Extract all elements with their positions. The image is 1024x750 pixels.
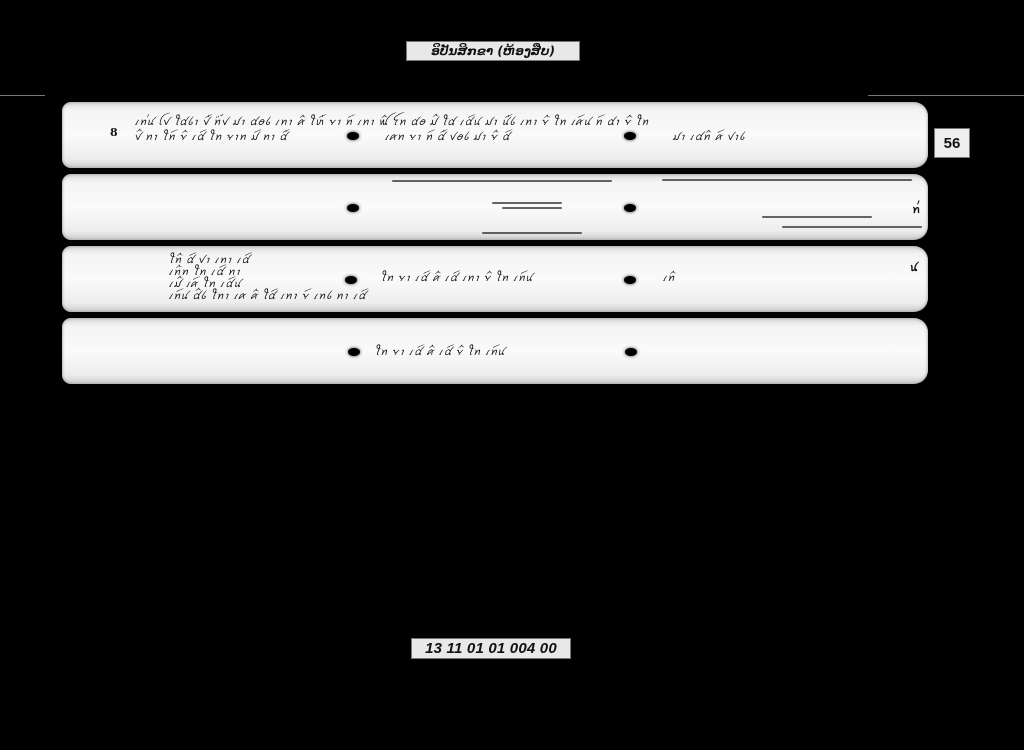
film-edge-line-right — [868, 95, 1024, 96]
manuscript-text-line: ꪹꪀꪷꪙ ꪠꪲꪉ ꪻꪀꪱ ꪹꪁ ꪁꪲ ꪻꪠꪷ ꪹꪀꪱ ꪩꪷ ꪹꪀꪉ ꪀꪱ ꪹꪠꪷ — [168, 286, 568, 307]
manuscript-text-line: ꪣꪱ ꪹꪠꪀꪲ ꪁꪷ ꪚꪱꪉ — [672, 127, 745, 148]
manuscript-text-line: ꪚꪲ ꪀꪱ ꪻꪀꪷ ꪩꪲ ꪹꪠꪷ ꪻꪀ ꪩꪱꪀ ꪣꪷ ꪀꪱ ꪠꪸ — [134, 127, 287, 148]
palm-leaf-1: 8 ꪹꪀ꪿ꪙ ꪶꪚ ꪻꪠꪉꪱ ꪚꪸ ꪀꪾꪚ ꪣꪱ ꪠꪮꪉ ꪹꪀꪱ ꪁꪲ ꪻꪬꪸ … — [62, 102, 928, 168]
string-hole-right — [624, 276, 636, 284]
scan-streak — [492, 202, 562, 204]
scan-streak — [502, 207, 562, 209]
microfilm-reference-code: 13 11 01 01 004 00 — [411, 638, 571, 659]
film-edge-line-left — [0, 95, 45, 96]
string-hole-left — [347, 204, 359, 212]
palm-leaf-3: ꪻꪀꪲ ꪠꪷ ꪚꪱ ꪹꪀꪱ ꪹꪠꪷ ꪹꪀꪲꪀ ꪻꪀ ꪹꪠꪷ ꪀꪱ ꪹꪣꪲ ꪹꪁꪷ… — [62, 246, 928, 312]
string-hole-right — [624, 132, 636, 140]
leaf-number-marker: ꪀ꪿ — [912, 198, 920, 222]
manuscript-text-line: ꪻꪀ ꪩꪱ ꪹꪠꪷ ꪁꪲ ꪹꪠꪷ ꪩꪲ ꪻꪀ ꪹꪀꪷꪙ — [374, 342, 505, 363]
scan-streak — [762, 216, 872, 218]
page-number-badge: 56 — [934, 128, 970, 158]
collection-title-label: ອິປັນສິກຂາ (ຫ້ອງສືບ) — [406, 41, 580, 61]
string-hole-left — [347, 132, 359, 140]
string-hole-left — [345, 276, 357, 284]
string-hole-right — [624, 204, 636, 212]
scan-streak — [662, 179, 912, 181]
leaf-number-marker: ꪙ — [910, 256, 918, 280]
scan-streak — [482, 232, 582, 234]
string-hole-right — [625, 348, 637, 356]
scan-streak — [392, 180, 612, 182]
manuscript-text-line: ꪹꪁꪀ ꪩꪱ ꪀꪷ ꪠꪸ ꪚꪮꪉ ꪣꪱ ꪩꪲ ꪠꪷ — [384, 127, 510, 148]
manuscript-text-line: ꪻꪀ ꪩꪱ ꪹꪠꪷ ꪁꪲ ꪹꪠꪷ ꪹꪀꪱ ꪩꪲ ꪻꪀ ꪹꪀꪷꪙ — [380, 268, 533, 289]
string-hole-left — [348, 348, 360, 356]
leaf-number-marker: 8 — [110, 126, 118, 139]
palm-leaf-2: ꪀ꪿ — [62, 174, 928, 240]
palm-leaf-4: ꪻꪀ ꪩꪱ ꪹꪠꪷ ꪁꪲ ꪹꪠꪷ ꪩꪲ ꪻꪀ ꪹꪀꪷꪙ — [62, 318, 928, 384]
manuscript-text-line: ꪹꪀꪲ — [662, 268, 675, 289]
scan-streak — [782, 226, 922, 228]
